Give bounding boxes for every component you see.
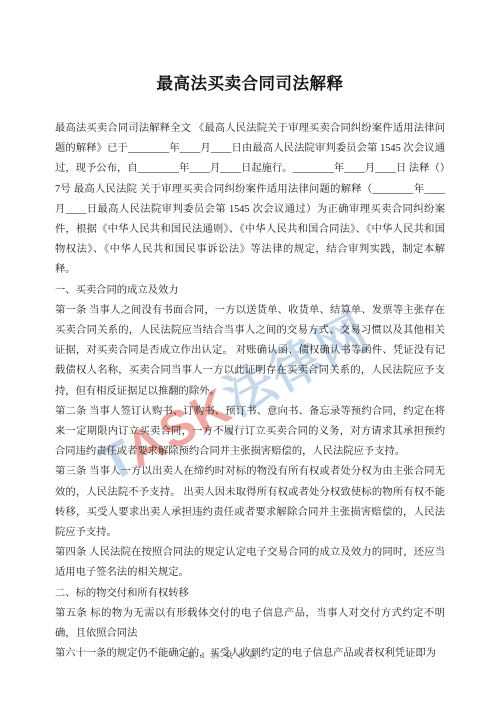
document-page: TASK法律网 最高法买卖合同司法解释 最高法买卖合同司法解释全文 《最高人民法… [0,0,500,706]
document-title: 最高法买卖合同司法解释 [0,70,500,94]
paragraph: 第四条 人民法院在按照合同法的规定认定电子交易合同的成立及效力的同时，还应当适用… [55,543,445,583]
paragraph: 二、标的物交付和所有权转移 [55,584,445,604]
paragraph: 一、买卖合同的成立及效力 [55,281,445,301]
page-number: 第 1 页 共 8 页 [57,650,389,661]
paragraph: 第三条 当事人一方以出卖人在缔约时对标的物没有所有权或者处分权为由主张合同无效的… [55,462,445,543]
paragraph: 第五条 标的物为无需以有形载体交付的电子信息产品，当事人对交付方式约定不明确，且… [55,604,445,644]
paragraph: 最高法买卖合同司法解释全文 《最高人民法院关于审理买卖合同纠纷案件适用法律问题的… [55,119,445,281]
paragraph: 第二条 当事人签订认购书、订购书、预订书、意向书、备忘录等预约合同，约定在将来一… [55,402,445,463]
document-body: 最高法买卖合同司法解释全文 《最高人民法院关于审理买卖合同纠纷案件适用法律问题的… [55,119,445,664]
paragraph: 第一条 当事人之间没有书面合同，一方以送货单、收货单、结算单、发票等主张存在买卖… [55,301,445,402]
